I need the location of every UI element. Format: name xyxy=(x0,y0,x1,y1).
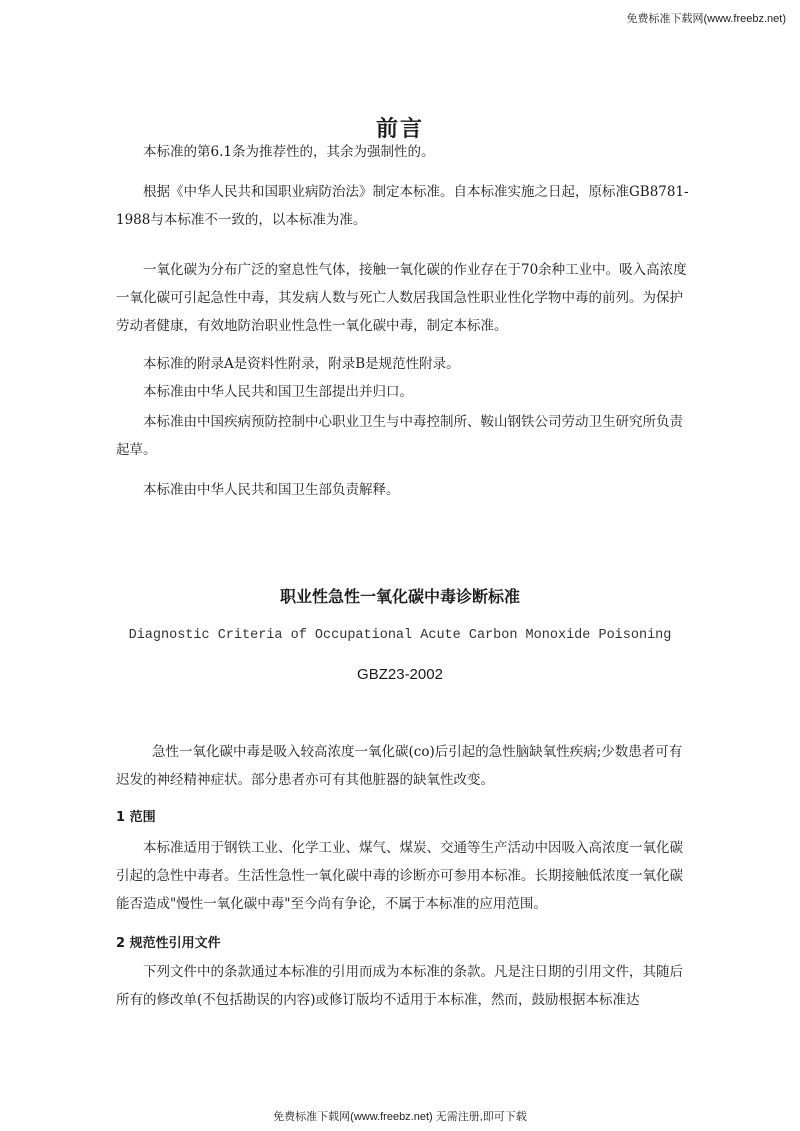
preface-paragraph: 一氧化碳为分布广泛的窒息性气体，接触一氧化碳的作业存在于70余种工业中。吸入高浓… xyxy=(116,256,691,340)
section-heading-references: 2 规范性引用文件 xyxy=(116,932,221,951)
section-text-references: 下列文件中的条款通过本标准的引用而成为本标准的条款。凡是注日期的引用文件，其随后… xyxy=(116,958,691,1014)
preface-paragraph: 根据《中华人民共和国职业病防治法》制定本标准。自本标准实施之日起，原标准GB87… xyxy=(116,178,691,234)
standard-code: GBZ23-2002 xyxy=(0,666,800,683)
site-footer-note: 免费标准下载网(www.freebz.net) 无需注册,即可下载 xyxy=(0,1108,800,1124)
section-text-scope: 本标准适用于钢铁工业、化学工业、煤气、煤炭、交通等生产活动中因吸入高浓度一氧化碳… xyxy=(116,834,691,918)
preface-paragraph: 本标准的附录A是资料性附录，附录B是规范性附录。 xyxy=(116,350,691,378)
standard-title-cn: 职业性急性一氧化碳中毒诊断标准 xyxy=(0,584,800,607)
standard-intro: 急性一氧化碳中毒是吸入较高浓度一氧化碳(co)后引起的急性脑缺氧性疾病;少数患者… xyxy=(116,738,691,794)
preface-paragraph: 本标准的第6.1条为推荐性的，其余为强制性的。 xyxy=(116,138,691,166)
site-header-note: 免费标准下载网(www.freebz.net) xyxy=(626,10,786,26)
preface-paragraph: 本标准由中华人民共和国卫生部负责解释。 xyxy=(116,476,691,504)
preface-paragraph: 本标准由中华人民共和国卫生部提出并归口。 xyxy=(116,378,691,406)
preface-paragraph: 本标准由中国疾病预防控制中心职业卫生与中毒控制所、鞍山钢铁公司劳动卫生研究所负责… xyxy=(116,408,691,464)
standard-title-en: Diagnostic Criteria of Occupational Acut… xyxy=(0,628,800,643)
section-heading-scope: 1 范围 xyxy=(116,806,156,825)
